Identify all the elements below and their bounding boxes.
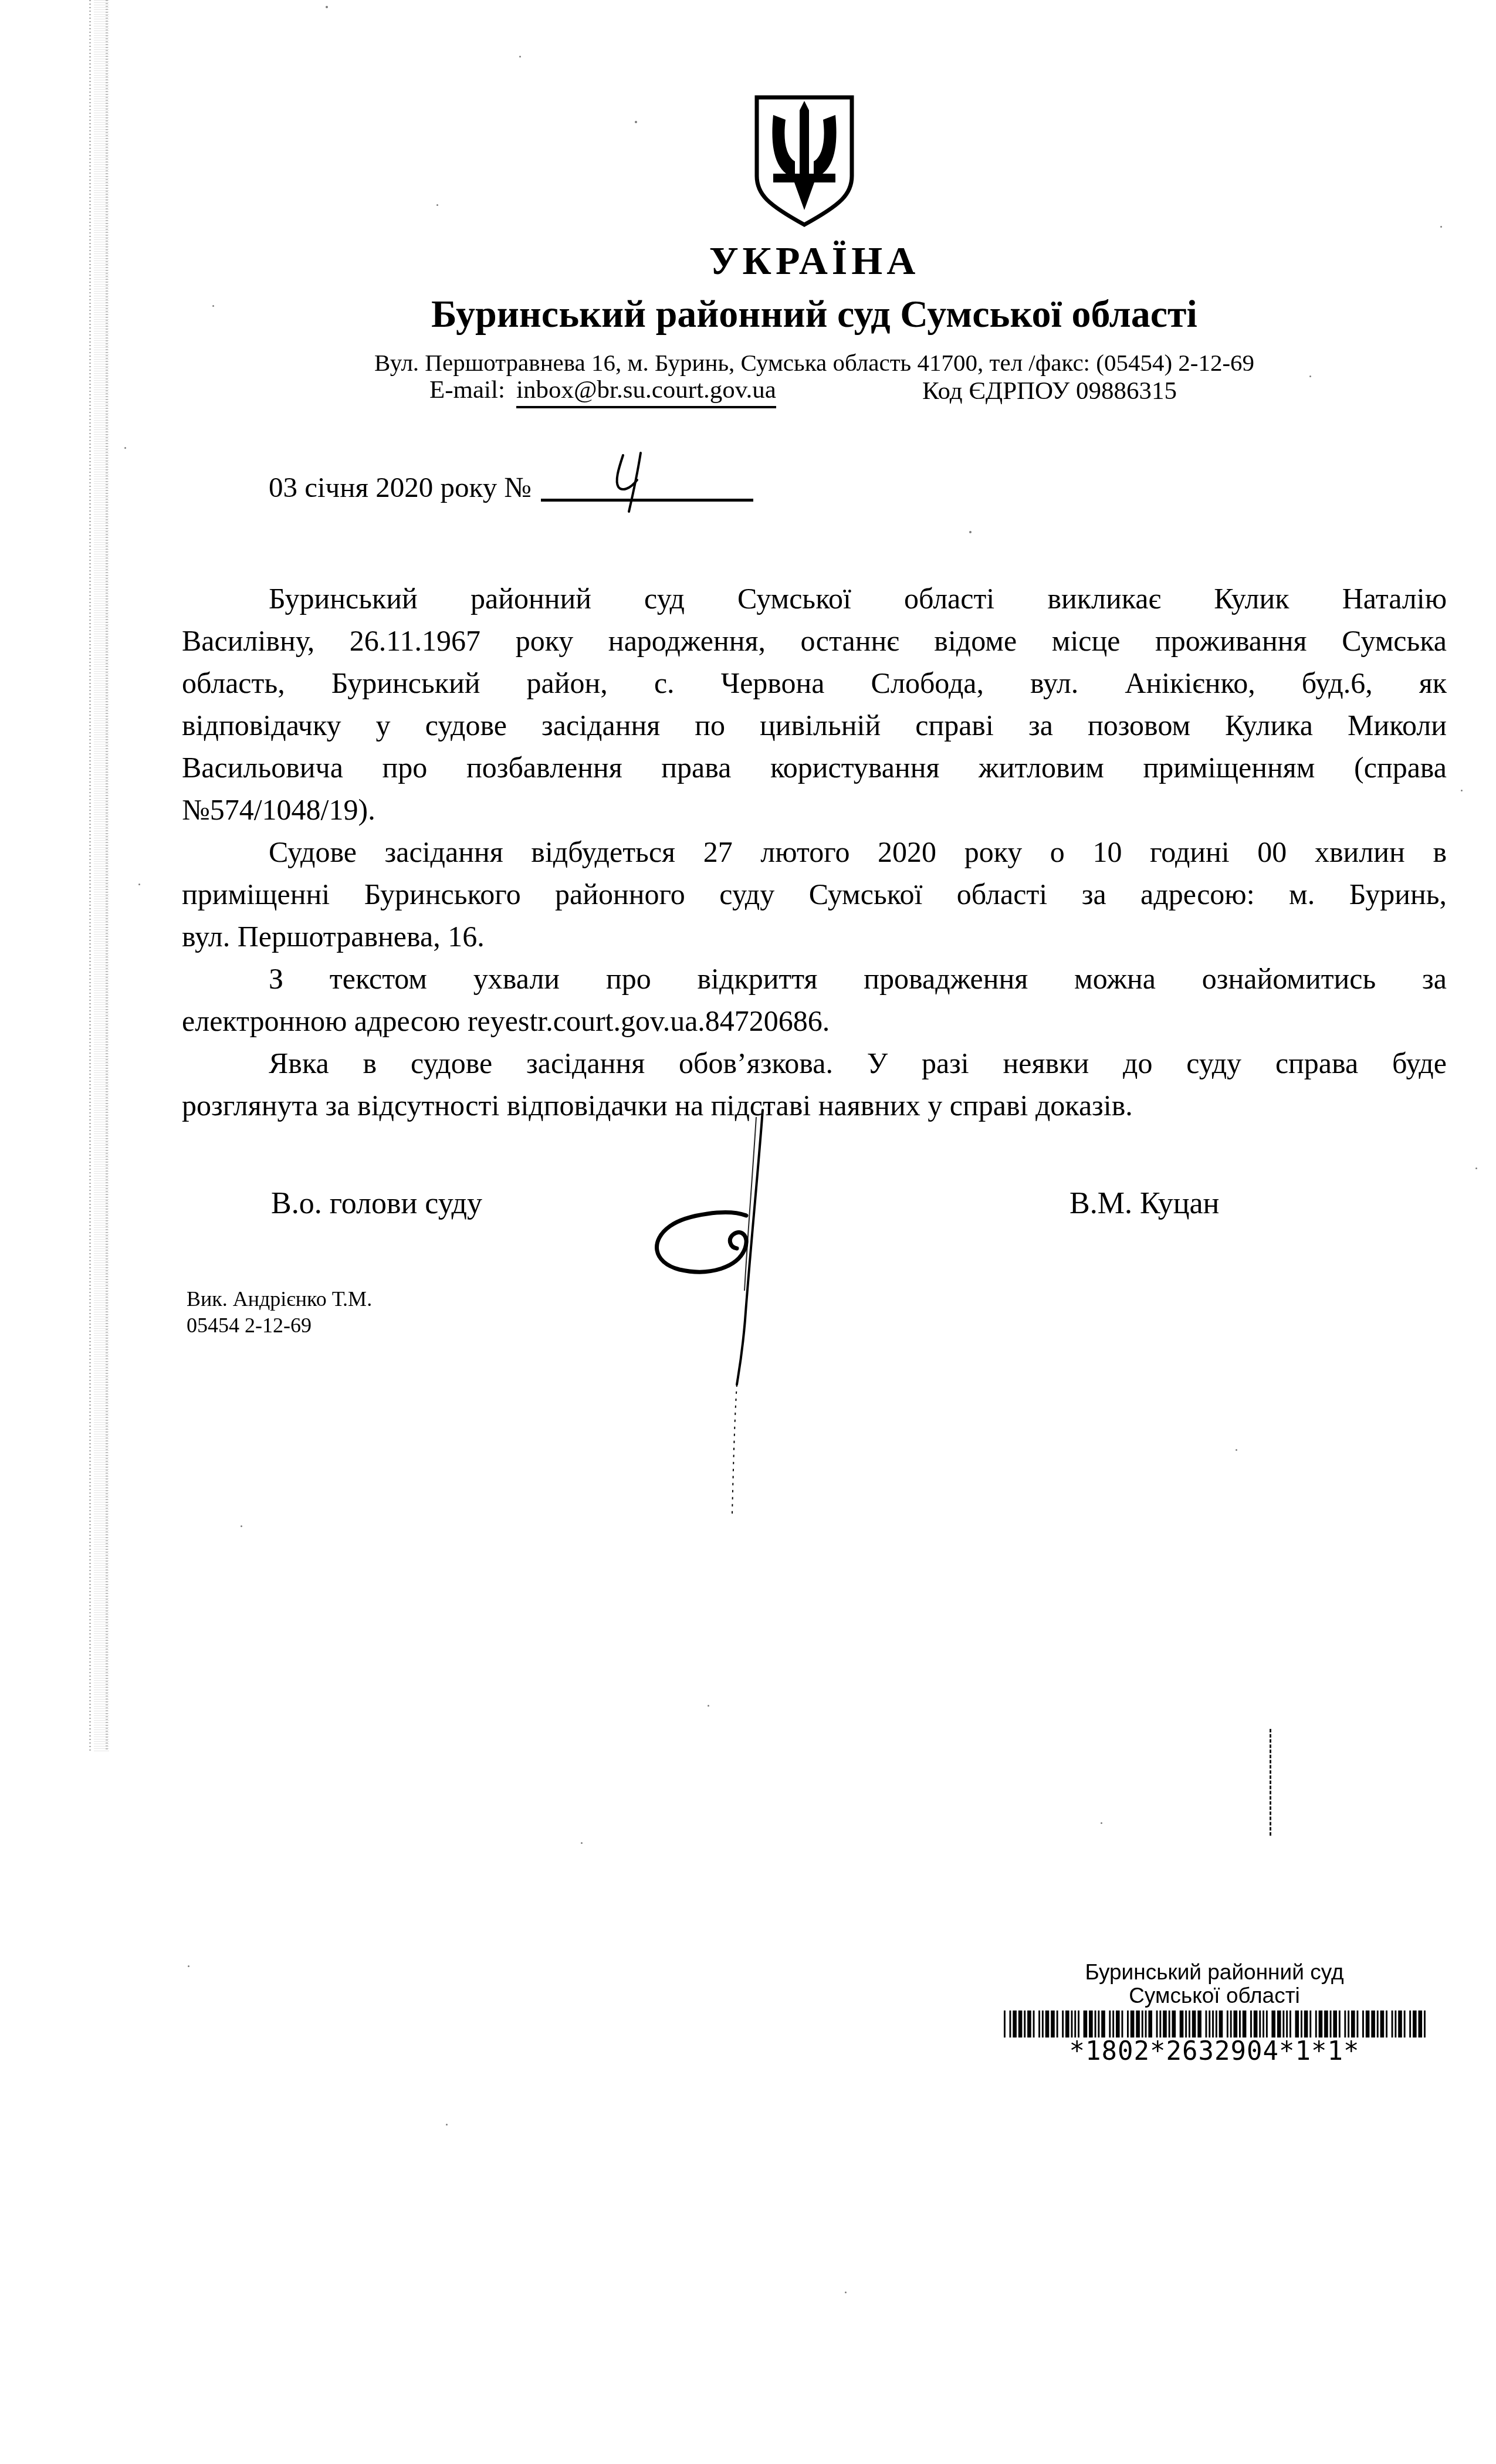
- executor-block: Вик. Андрієнко Т.М. 05454 2-12-69: [187, 1286, 372, 1339]
- scan-dashed-line-artifact: [1270, 1729, 1271, 1836]
- body-line: Судове засідання відбудеться 27 лютого 2…: [182, 831, 1447, 873]
- scan-noise-speck: [1475, 1167, 1477, 1169]
- scan-noise-speck: [436, 204, 438, 206]
- edrpou-code: Код ЄДРПОУ 09886315: [922, 377, 1177, 405]
- executor-name: Вик. Андрієнко Т.М.: [187, 1286, 372, 1312]
- scan-noise-speck: [1440, 226, 1442, 228]
- scan-noise-speck: [188, 1965, 189, 1967]
- scan-noise-speck: [138, 884, 140, 885]
- email-row: E-mail: inbox@br.su.court.gov.ua Код ЄДР…: [0, 375, 1496, 417]
- scan-noise-speck: [1101, 1822, 1102, 1824]
- court-address: Вул. Першотравнева 16, м. Буринь, Сумськ…: [182, 348, 1447, 377]
- scan-speckle-band: [87, 0, 114, 1751]
- scan-noise-speck: [708, 1705, 709, 1707]
- ukraine-coat-of-arms: [753, 94, 855, 229]
- scan-noise-speck: [212, 305, 214, 307]
- scan-noise-speck: [124, 447, 126, 449]
- body-line: вул. Першотравнева, 16.: [182, 915, 1447, 957]
- signatory-title: В.о. голови суду: [271, 1186, 482, 1221]
- body-line: розглянута за відсутності відповідачки н…: [182, 1084, 1447, 1126]
- barcode-court-line2: Сумської області: [986, 1984, 1443, 2008]
- body-line: Явка в судове засідання обов’язкова. У р…: [182, 1042, 1447, 1084]
- scan-noise-speck: [1309, 375, 1311, 377]
- body-line: електронною адресою reyestr.court.gov.ua…: [182, 1000, 1447, 1042]
- date-line: 03 січня 2020 року №: [269, 471, 532, 504]
- scan-noise-speck: [326, 6, 328, 8]
- email-address: inbox@br.su.court.gov.ua: [516, 375, 776, 408]
- scan-noise-speck: [581, 1842, 583, 1844]
- scanned-court-summons-page: УКРАЇНА Буринський районний суд Сумської…: [0, 0, 1496, 2464]
- barcode-court-line1: Буринський районний суд: [986, 1961, 1443, 1984]
- handwritten-case-number: [603, 449, 652, 514]
- body-line: відповідачку у судове засідання по цивіл…: [182, 704, 1447, 746]
- court-name: Буринський районний суд Сумської області: [182, 292, 1447, 337]
- summons-body-text: Буринський районний суд Сумської області…: [182, 577, 1447, 1126]
- body-line: приміщенні Буринського районного суду Су…: [182, 873, 1447, 915]
- body-line: Васильовича про позбавлення права корист…: [182, 746, 1447, 788]
- scan-noise-speck: [845, 2292, 847, 2293]
- scan-noise-speck: [635, 121, 637, 123]
- scan-noise-speck: [519, 56, 521, 57]
- body-line: Буринський районний суд Сумської області…: [182, 577, 1447, 620]
- registration-barcode-block: Буринський районний суд Сумської області…: [986, 1961, 1443, 2066]
- body-line: Василівну, 26.11.1967 року народження, о…: [182, 620, 1447, 662]
- scan-noise-speck: [1236, 1449, 1237, 1451]
- body-line: область, Буринський район, с. Червона Сл…: [182, 662, 1447, 704]
- barcode-value: *1802*2632904*1*1*: [986, 2037, 1443, 2066]
- scan-noise-speck: [969, 531, 972, 533]
- code39-barcode: [1004, 2011, 1426, 2037]
- scan-noise-speck: [241, 1525, 242, 1527]
- handwritten-signature: [616, 1091, 792, 1543]
- body-line: З текстом ухвали про відкриття проваджен…: [182, 957, 1447, 1000]
- executor-phone: 05454 2-12-69: [187, 1312, 372, 1339]
- body-line: №574/1048/19).: [182, 788, 1447, 831]
- signatory-name: В.М. Куцан: [1069, 1186, 1219, 1221]
- scan-noise-speck: [446, 2124, 448, 2125]
- country-title: УКРАЇНА: [182, 238, 1447, 284]
- scan-noise-speck: [1461, 790, 1463, 791]
- email-label: E-mail:: [429, 375, 505, 404]
